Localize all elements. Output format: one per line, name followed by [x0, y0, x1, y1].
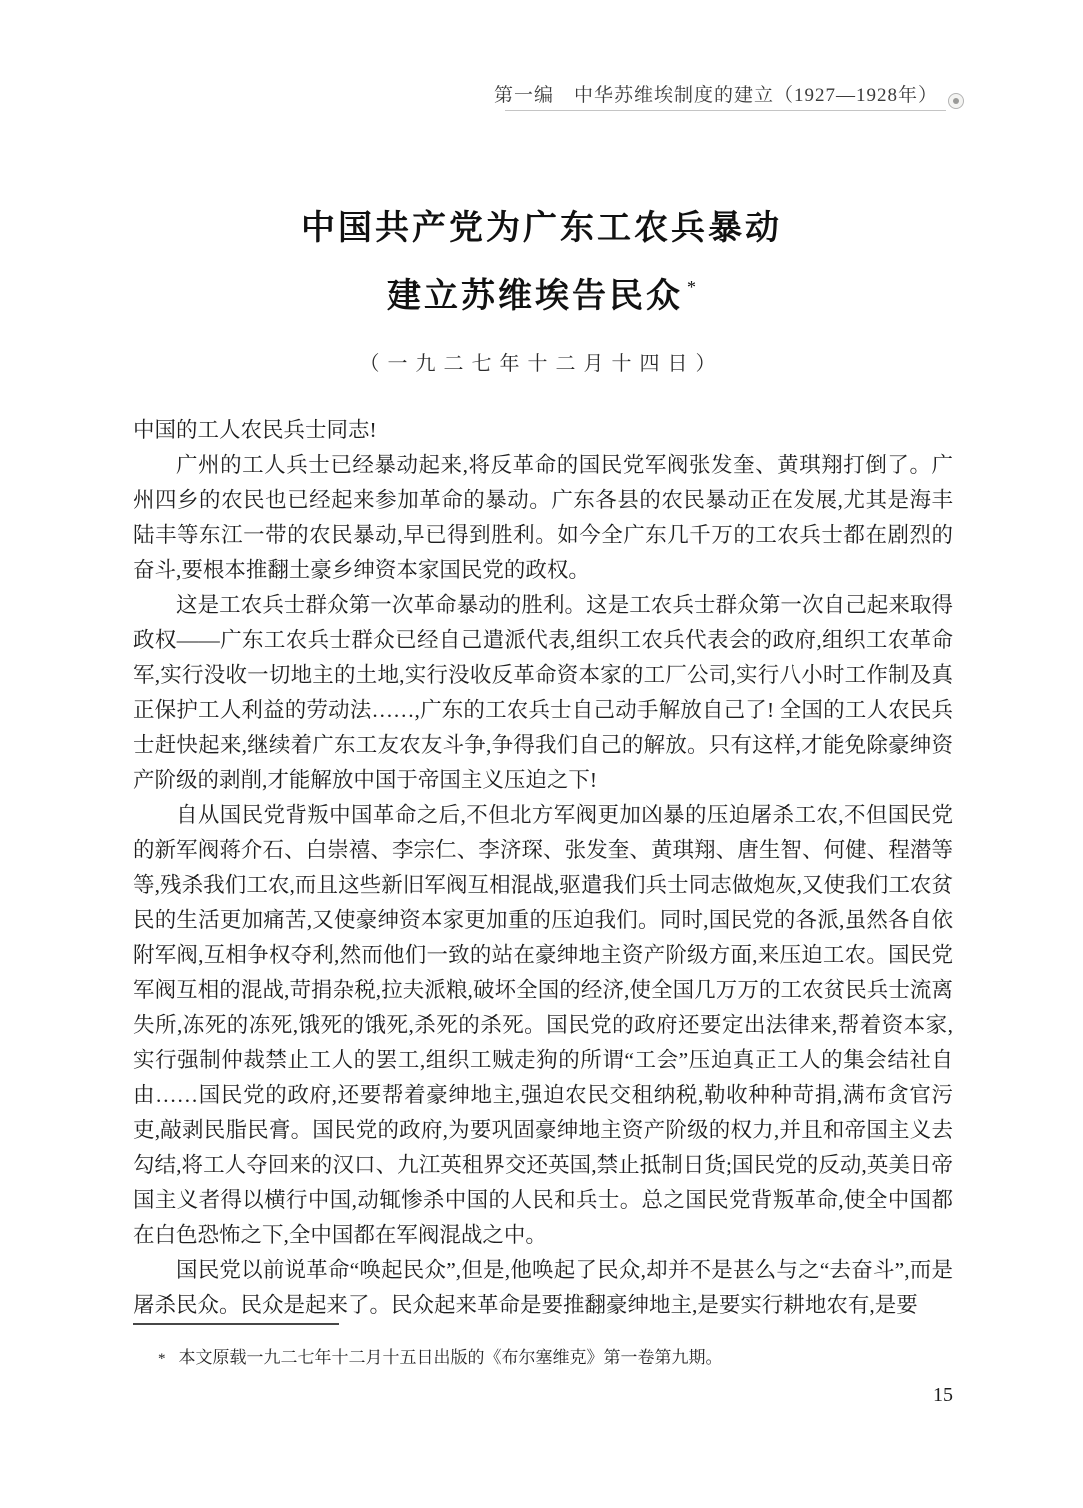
paragraph-salutation: 中国的工人农民兵士同志! [133, 413, 953, 448]
footnote-separator [133, 1323, 339, 1325]
bullseye-dot-icon [953, 98, 959, 104]
document-body: 中国的工人农民兵士同志! 广州的工人兵士已经暴动起来,将反革命的国民党军阀张发奎… [133, 413, 953, 1323]
paragraph: 这是工农兵士群众第一次革命暴动的胜利。这是工农兵士群众第一次自己起来取得政权——… [133, 588, 953, 798]
document-title: 中国共产党为广东工农兵暴动 建立苏维埃告民众* [0, 200, 1083, 326]
footnote: *本文原载一九二七年十二月十五日出版的《布尔塞维克》第一卷第九期。 [133, 1345, 953, 1372]
running-header: 第一编 中华苏维埃制度的建立（1927—1928年） [0, 80, 938, 107]
document-page: 第一编 中华苏维埃制度的建立（1927—1928年） 中国共产党为广东工农兵暴动… [0, 0, 1083, 1508]
page-number: 15 [133, 1384, 953, 1407]
footnote-text: 本文原载一九二七年十二月十五日出版的《布尔塞维克》第一卷第九期。 [179, 1348, 723, 1367]
paragraph: 广州的工人兵士已经暴动起来,将反革命的国民党军阀张发奎、黄琪翔打倒了。广州四乡的… [133, 448, 953, 588]
document-title-line1: 中国共产党为广东工农兵暴动 [0, 200, 1083, 258]
document-title-line2-text: 建立苏维埃告民众 [387, 278, 683, 315]
paragraph: 国民党以前说革命“唤起民众”,但是,他唤起了民众,却并不是甚么与之“去奋斗”,而… [133, 1253, 953, 1323]
document-title-line2: 建立苏维埃告民众* [0, 258, 1083, 326]
paragraph: 自从国民党背叛中国革命之后,不但北方军阀更加凶暴的压迫屠杀工农,不但国民党的新军… [133, 798, 953, 1253]
header-rule [505, 110, 946, 111]
bullseye-icon [948, 93, 964, 109]
title-footnote-marker: * [687, 277, 696, 297]
footnote-marker: * [158, 1351, 166, 1367]
date-line: （一九二七年十二月十四日） [0, 347, 1083, 376]
